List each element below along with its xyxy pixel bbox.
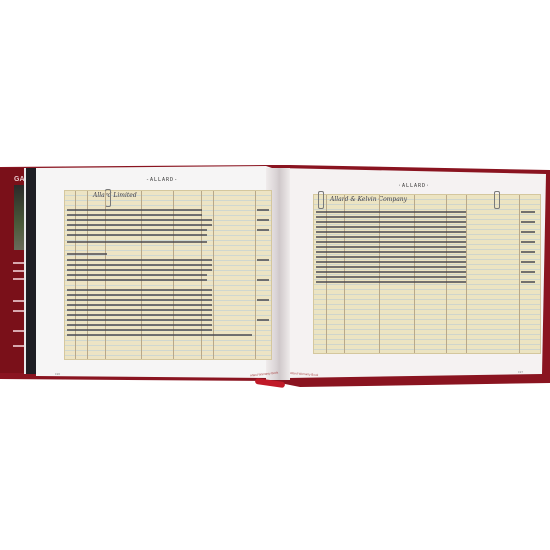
handwritten-entry [316,276,466,278]
right-ledger-sheet: Allard & Kelvin Company [313,194,541,354]
handwritten-entry [67,304,212,306]
left-page-header: -ALLARD- [146,177,178,183]
handwritten-entry [67,219,212,221]
handwritten-entry [67,253,107,255]
handwritten-entry [316,226,466,228]
handwritten-amount [257,229,269,231]
ledger-column-line [414,195,415,353]
handwritten-entry [316,236,466,238]
handwritten-entry [316,221,466,223]
ledger-column-line [255,191,256,359]
page-stack-shadow [26,168,36,374]
ledger-column-line [379,195,380,353]
handwritten-amount [257,279,269,281]
handwritten-entry [67,279,207,281]
handwritten-entry [67,309,212,311]
ledger-heading: Allard & Kelvin Company [330,196,407,203]
handwritten-entry [316,216,466,218]
handwritten-amount [257,299,269,301]
handwritten-entry [67,269,212,271]
handwritten-entry [67,319,212,321]
paper-clip [494,191,500,209]
handwritten-amount [521,231,535,233]
handwritten-entry [316,241,466,243]
cover-title: GA [14,176,25,183]
handwritten-amount [521,211,535,213]
handwritten-entry [316,271,466,273]
left-ledger-sheet: Allard Limited [64,190,272,360]
handwritten-amount [521,281,535,283]
handwritten-entry [67,299,212,301]
handwritten-entry [67,294,212,296]
handwritten-amount [257,319,269,321]
ledger-column-line [344,195,345,353]
handwritten-amount [521,261,535,263]
handwritten-entry [316,261,466,263]
handwritten-entry [316,246,466,248]
handwritten-entry [67,234,207,236]
handwritten-amount [257,209,269,211]
ledger-column-line [326,195,327,353]
handwritten-entry [67,264,212,266]
handwritten-entry [67,224,212,226]
handwritten-amount [521,221,535,223]
handwritten-entry [67,214,202,216]
handwritten-entry [67,259,212,261]
handwritten-entry [67,314,212,316]
ledger-column-line [519,195,520,353]
handwritten-entry [67,241,207,243]
handwritten-entry [67,334,252,336]
handwritten-entry [67,209,202,211]
ledger-column-line [446,195,447,353]
ledger-heading: Allard Limited [93,192,137,199]
handwritten-entry [316,211,466,213]
book-photo: GA -ALLARD- ·ALLARD· Allard Limited [0,0,550,550]
handwritten-amount [521,271,535,273]
right-page-number: 197 [518,370,523,374]
handwritten-entry [67,289,212,291]
handwritten-entry [67,329,212,331]
handwritten-amount [521,241,535,243]
handwritten-entry [316,251,466,253]
left-page-number: 196 [55,372,60,376]
handwritten-entry [316,256,466,258]
handwritten-amount [521,251,535,253]
handwritten-entry [316,266,466,268]
right-page-header: ·ALLARD· [398,183,430,189]
handwritten-entry [67,324,212,326]
handwritten-amount [257,219,269,221]
handwritten-entry [67,274,207,276]
ledger-column-line [466,195,467,353]
paper-clip [318,191,324,209]
handwritten-amount [257,259,269,261]
handwritten-entry [316,231,466,233]
handwritten-entry [316,281,466,283]
handwritten-entry [67,229,207,231]
